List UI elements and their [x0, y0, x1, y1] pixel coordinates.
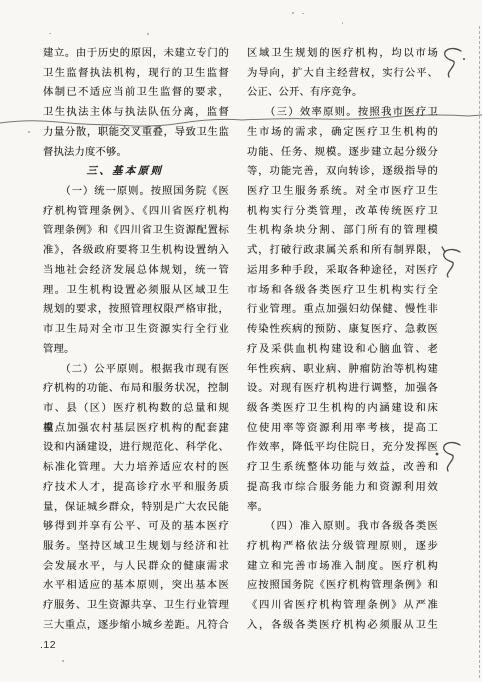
text-line: 督执法力度不够。 — [43, 143, 229, 163]
text-line: 疗机构严格依法分级管理原则，逐步 — [247, 537, 438, 557]
text-line: 量，保证城乡群众，特别是广大农民能 — [43, 498, 229, 518]
text-line: 运用多种手段，采取各种途径，对医疗 — [247, 261, 438, 281]
text-column-left: 建立。由于历史的原因，未建立专门的卫生监督执法机构，现行的卫生监督体制已不适应当… — [43, 44, 229, 636]
text-line: 应按照国务院《医疗机构管理条例》和 — [247, 576, 438, 596]
text-line: 服务。坚持区域卫生规划与经济和社 — [43, 537, 229, 557]
text-line: 生机构条块分割、部门所有的管理模 — [247, 221, 438, 241]
text-line: 医疗卫生服务系统。对全市医疗卫生 — [247, 182, 438, 202]
scan-speck — [86, 225, 88, 226]
text-line: 建立。由于历史的原因，未建立专门的 — [43, 44, 229, 64]
text-line: （三）效率原则。按照我市医疗卫 — [247, 103, 438, 123]
text-line: 入，各级各类医疗机构必须服从卫生 — [247, 616, 438, 636]
page-number: .12 — [40, 639, 56, 651]
text-line: 行业管理。重点加强妇幼保健、慢性非 — [247, 300, 438, 320]
text-line: 理。卫生机构设置必须服从区域卫生 — [43, 281, 229, 301]
scan-speck — [28, 131, 30, 133]
text-line: （二）公平原则。根据我市现有医 — [43, 360, 229, 380]
text-line: 会发展水平，与人民群众的健康需求 — [43, 557, 229, 577]
scan-speck — [62, 660, 64, 662]
text-line: 率。 — [247, 498, 438, 518]
text-line: 疗卫生系统整体功能与效益，改善和 — [247, 458, 438, 478]
text-line: 疗及采供血机构建设和心脑血管、老 — [247, 340, 438, 360]
text-line: 生市场的需求，确定医疗卫生机构的 — [247, 123, 438, 143]
pen-squiggle-mark — [436, 46, 468, 82]
scan-speck — [430, 600, 432, 601]
text-line: 市场和各级各类医疗卫生机构实行全 — [247, 281, 438, 301]
text-line: 设和内涵建设，进行规范化、科学化、 — [43, 438, 229, 458]
text-line: 管理条例》和《四川省卫生资源配置标 — [43, 221, 229, 241]
text-line: 《四川省医疗机构管理条例》从严准 — [247, 596, 438, 616]
text-line: 水平相适应的基本原则，突出基本医 — [43, 576, 229, 596]
scan-speck — [147, 33, 149, 35]
text-line: 体制已不适应当前卫生监督的要求， — [43, 83, 229, 103]
text-line: （一）统一原则。按照国务院《医 — [43, 182, 229, 202]
text-line: 卫生执法主体与执法队伍分离，监督 — [43, 103, 229, 123]
text-line: 疗服务、卫生资源共享、卫生行业管理 — [43, 596, 229, 616]
scan-speck — [302, 13, 304, 14]
text-line: 为导向，扩大自主经营权，实行公平、 — [247, 64, 438, 84]
text-column-right: 区域卫生规划的医疗机构，均以市场为导向，扩大自主经营权，实行公平、公正、公开、有… — [247, 44, 438, 636]
text-line: 市、县（区）医疗机构数的总量和规模， — [43, 399, 229, 419]
text-line: 年性疾病、职业病、肿瘤防治等机构建 — [247, 360, 438, 380]
text-line: 区域卫生规划的医疗机构，均以市场 — [247, 44, 438, 64]
text-line: 重点加强农村基层医疗机构的配套建 — [43, 419, 229, 439]
scan-speck — [292, 12, 294, 14]
pen-squiggle-mark — [434, 244, 466, 280]
text-line: 机构实行分类管理，改革传统医疗卫 — [247, 202, 438, 222]
text-line: 设。对现有医疗机构进行调整，加强各 — [247, 379, 438, 399]
text-line: 疗技术人才，提高诊疗水平和服务质 — [43, 478, 229, 498]
text-line: 市卫生局对全市卫生资源实行全行业 — [43, 320, 229, 340]
text-line: 功能、任务、规模。逐步建立起分级分 — [247, 143, 438, 163]
text-line: 提高我市综合服务能力和资源利用效 — [247, 478, 438, 498]
text-line: 三大重点，逐步缩小城乡差距。凡符合 — [43, 616, 229, 636]
text-line: 作效率，降低平均住院日，充分发挥医 — [247, 438, 438, 458]
text-line: 疗机构的功能、布局和服务状况，控制 — [43, 379, 229, 399]
text-line: 公正、公开、有序竞争。 — [247, 83, 438, 103]
text-line: 准》，各级政府要将卫生机构设置纳入 — [43, 241, 229, 261]
text-line: 传染性疾病的预防、康复医疗、急救医 — [247, 320, 438, 340]
text-line: 规划的要求，按照管理权限严格审批， — [43, 300, 229, 320]
text-line: 式，打破行政隶属关系和所有制界限， — [247, 241, 438, 261]
text-line: 级各类医疗卫生机构的内涵建设和床 — [247, 399, 438, 419]
scan-speck — [342, 22, 343, 24]
text-line: 位使用率等资源利用率考核，提高工 — [247, 419, 438, 439]
scanned-document-page: 建立。由于历史的原因，未建立专门的卫生监督执法机构，现行的卫生监督体制已不适应当… — [0, 0, 482, 682]
text-line: 够得到并享有公平、可及的基本医疗 — [43, 517, 229, 537]
text-line: 标准化管理。大力培养适应农村的医 — [43, 458, 229, 478]
text-line: 等，功能完善，双向转诊，逐级指导的 — [247, 162, 438, 182]
text-line: 当地社会经济发展总体规划，统一管 — [43, 261, 229, 281]
scan-edge-line — [479, 26, 480, 678]
text-line: 建立和完善市场准入制度。医疗机构 — [247, 557, 438, 577]
section-heading-line: 三、基本原则 — [43, 162, 229, 182]
text-line: 卫生监督执法机构，现行的卫生监督 — [43, 64, 229, 84]
scan-speck — [49, 33, 51, 34]
text-line: 疗机构管理条例》、《四川省医疗机构 — [43, 202, 229, 222]
text-line: 力量分散，职能交叉重叠，导致卫生监 — [43, 123, 229, 143]
text-line: （四）准入原则。我市各级各类医 — [247, 517, 438, 537]
text-line: 管理。 — [43, 340, 229, 360]
